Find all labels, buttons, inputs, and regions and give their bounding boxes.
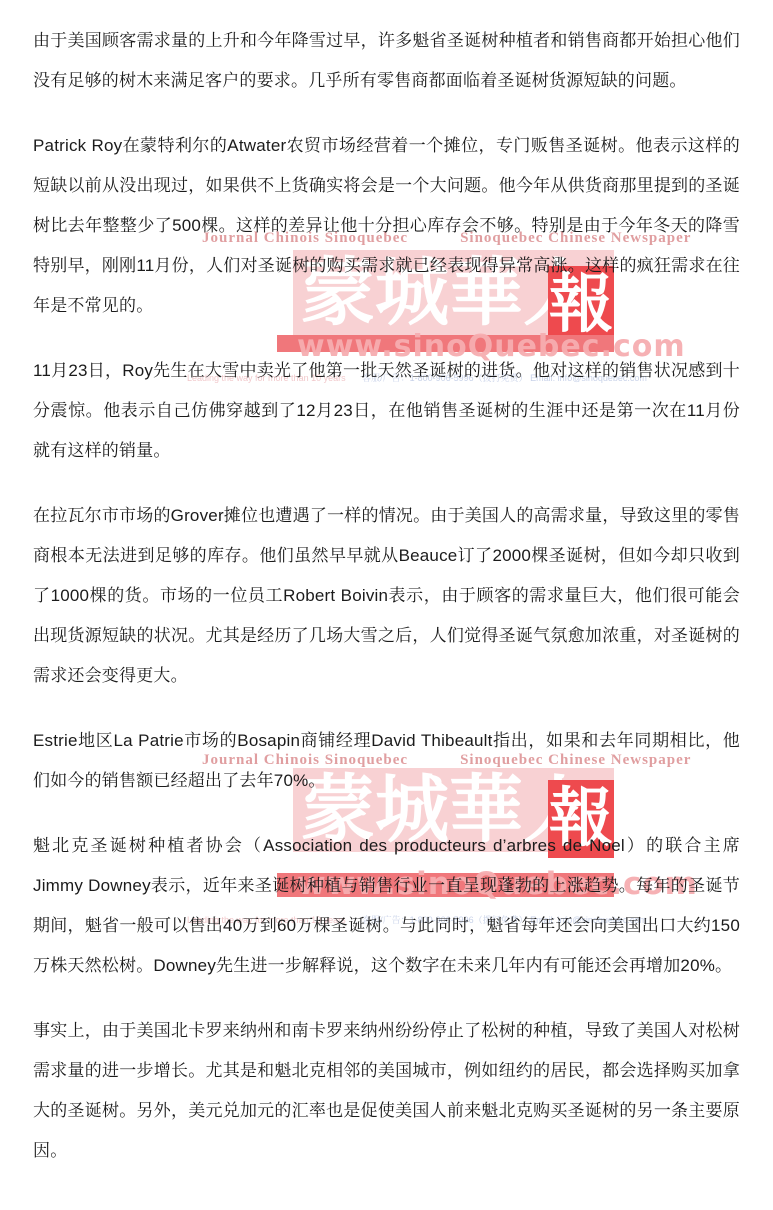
article-paragraph-association: 魁北克圣诞树种植者协会（Association des producteurs … — [33, 826, 740, 986]
article-paragraph-intro: 由于美国顾客需求量的上升和今年降雪过早，许多魁省圣诞树种植者和销售商都开始担心他… — [33, 21, 740, 101]
article-paragraph-nov23-sales: 11月23日，Roy先生在大雪中卖光了他第一批天然圣诞树的进货。他对这样的销售状… — [33, 351, 740, 471]
article-paragraph-estrie: Estrie地区La Patrie市场的Bosapin商铺经理David Thi… — [33, 721, 740, 801]
article-body: 由于美国顾客需求量的上升和今年降雪过早，许多魁省圣诞树种植者和销售商都开始担心他… — [0, 0, 773, 1171]
article-paragraph-laval-grover: 在拉瓦尔市市场的Grover摊位也遭遇了一样的情况。由于美国人的高需求量，导致这… — [33, 496, 740, 696]
newspaper-article-page: Journal Chinois SinoquebecSinoquebec Chi… — [0, 0, 773, 1210]
article-paragraph-patrick-roy: Patrick Roy在蒙特利尔的Atwater农贸市场经营着一个摊位，专门贩售… — [33, 126, 740, 326]
article-paragraph-us-demand: 事实上，由于美国北卡罗来纳州和南卡罗来纳州纷纷停止了松树的种植，导致了美国人对松… — [33, 1011, 740, 1171]
